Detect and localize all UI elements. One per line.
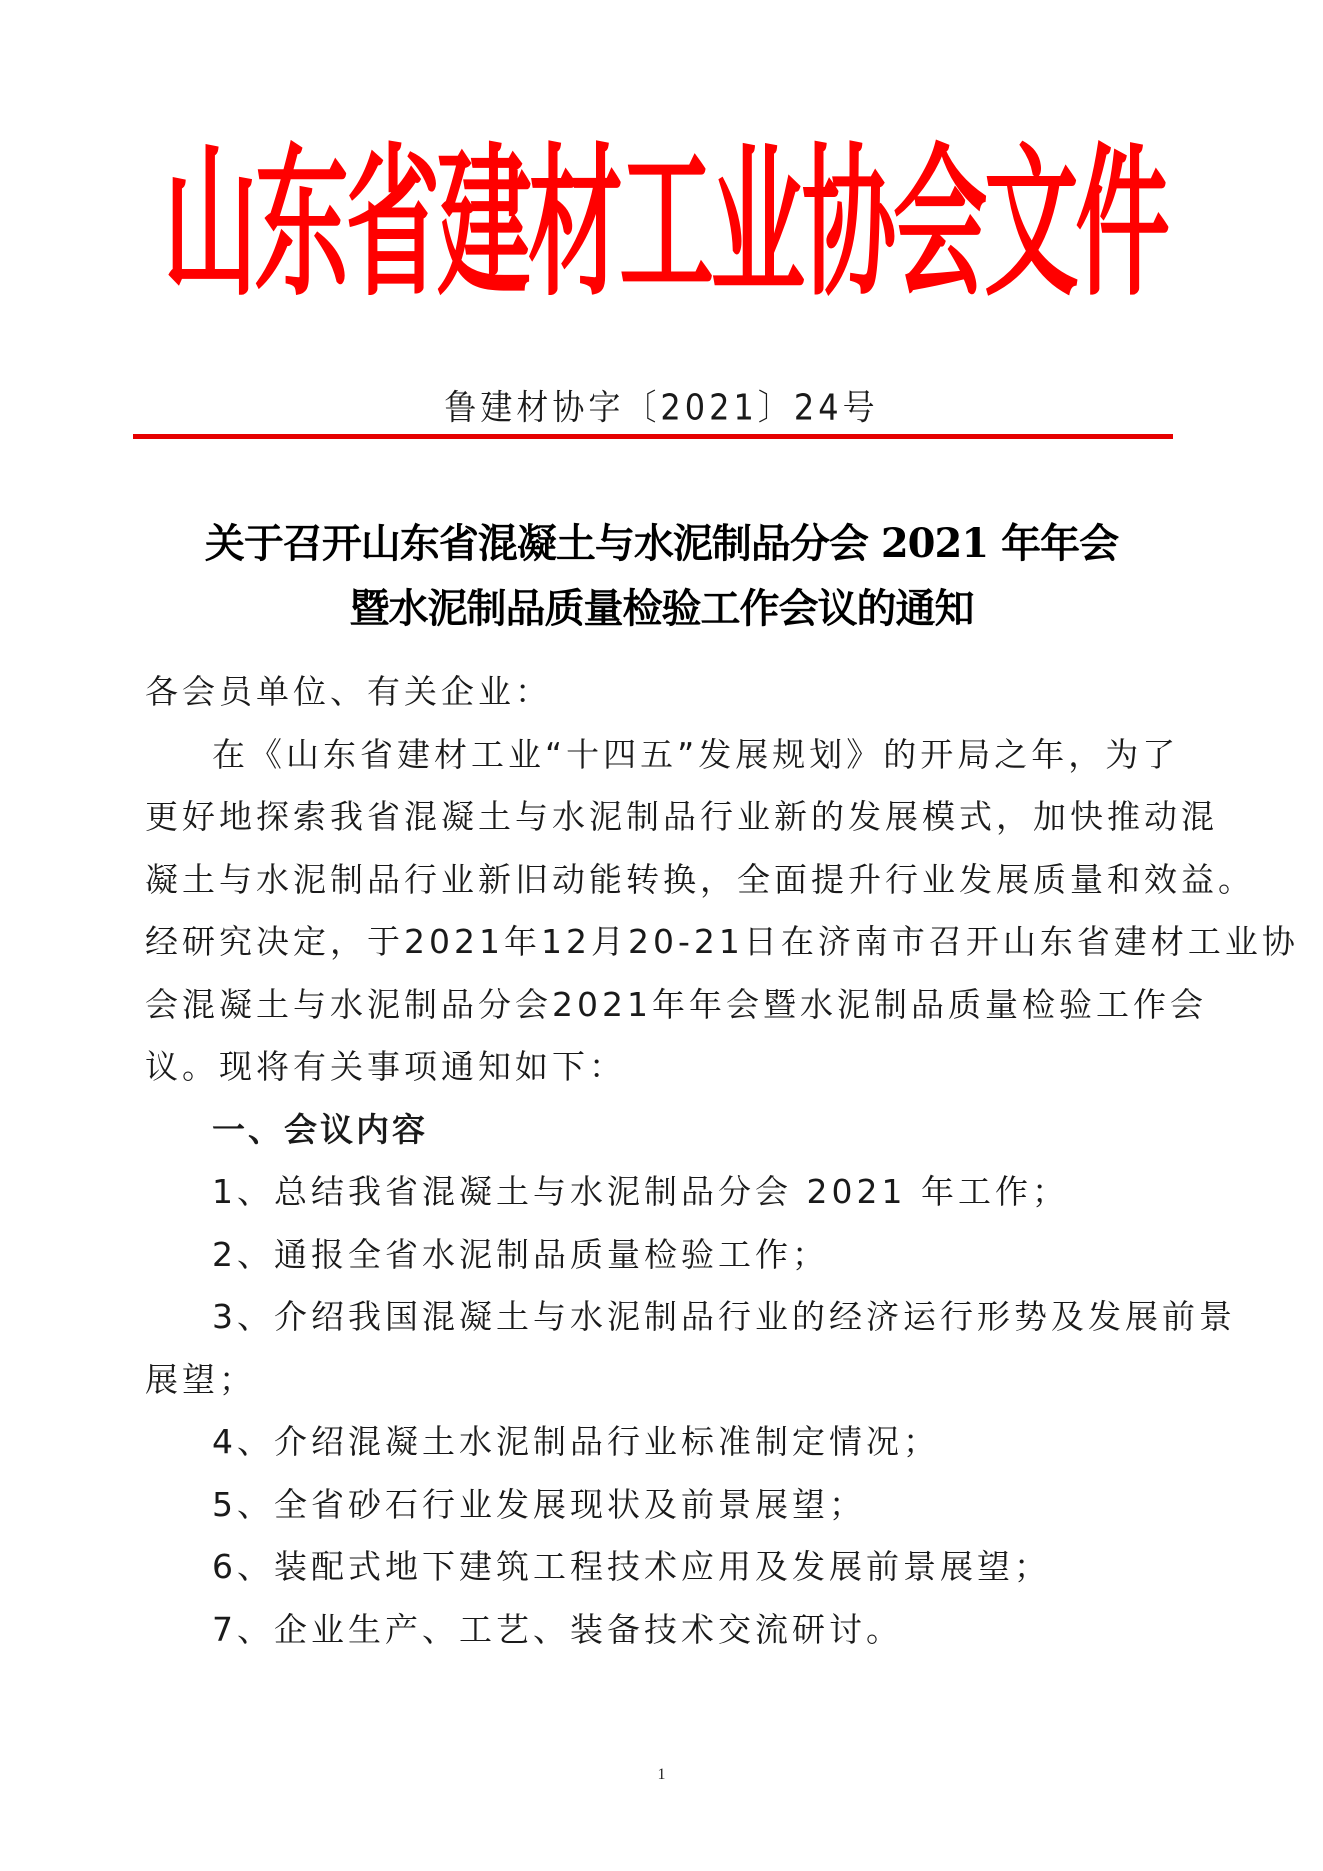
page-number: 1 [0,1766,1323,1784]
agenda-item-5: 5、全省砂石行业发展现状及前景展望； [212,1485,866,1525]
masthead-title: 山东省建材工业协会文件 [285,106,1045,341]
intro-line-1: 在《山东省建材工业“十四五”发展规划》的开局之年，为了 [212,735,1179,775]
intro-line-6: 议。现将有关事项通知如下： [145,1047,626,1087]
red-separator-rule [133,434,1173,439]
intro-line-5: 会混凝土与水泥制品分会2021年年会暨水泥制品质量检验工作会 [145,985,1207,1025]
agenda-item-3: 3、介绍我国混凝土与水泥制品行业的经济运行形势及发展前景 [212,1297,1236,1337]
salutation: 各会员单位、有关企业： [145,672,552,712]
agenda-item-3-continued: 展望； [145,1360,256,1400]
intro-line-4: 经研究决定，于2021年12月20-21日在济南市召开山东省建材工业协 [145,922,1299,962]
agenda-item-7: 7、企业生产、工艺、装备技术交流研讨。 [212,1610,903,1650]
document-number: 鲁建材协字〔2021〕24号 [0,380,1323,431]
agenda-item-1: 1、总结我省混凝土与水泥制品分会 2021 年工作； [212,1172,1069,1212]
agenda-item-4: 4、介绍混凝土水泥制品行业标准制定情况； [212,1422,940,1462]
intro-line-2: 更好地探索我省混凝土与水泥制品行业新的发展模式，加快推动混 [145,797,1218,837]
section-heading-meeting-content: 一、会议内容 [212,1110,428,1150]
agenda-item-6: 6、装配式地下建筑工程技术应用及发展前景展望； [212,1547,1051,1587]
notice-title-line-2: 暨水泥制品质量检验工作会议的通知 [0,577,1323,634]
intro-line-3: 凝土与水泥制品行业新旧动能转换，全面提升行业发展质量和效益。 [145,860,1255,900]
agenda-item-2: 2、通报全省水泥制品质量检验工作； [212,1235,829,1275]
document-page: 山东省建材工业协会文件 鲁建材协字〔2021〕24号 关于召开山东省混凝土与水泥… [0,0,1323,1871]
notice-title-line-1: 关于召开山东省混凝土与水泥制品分会 2021 年年会 [0,512,1323,569]
